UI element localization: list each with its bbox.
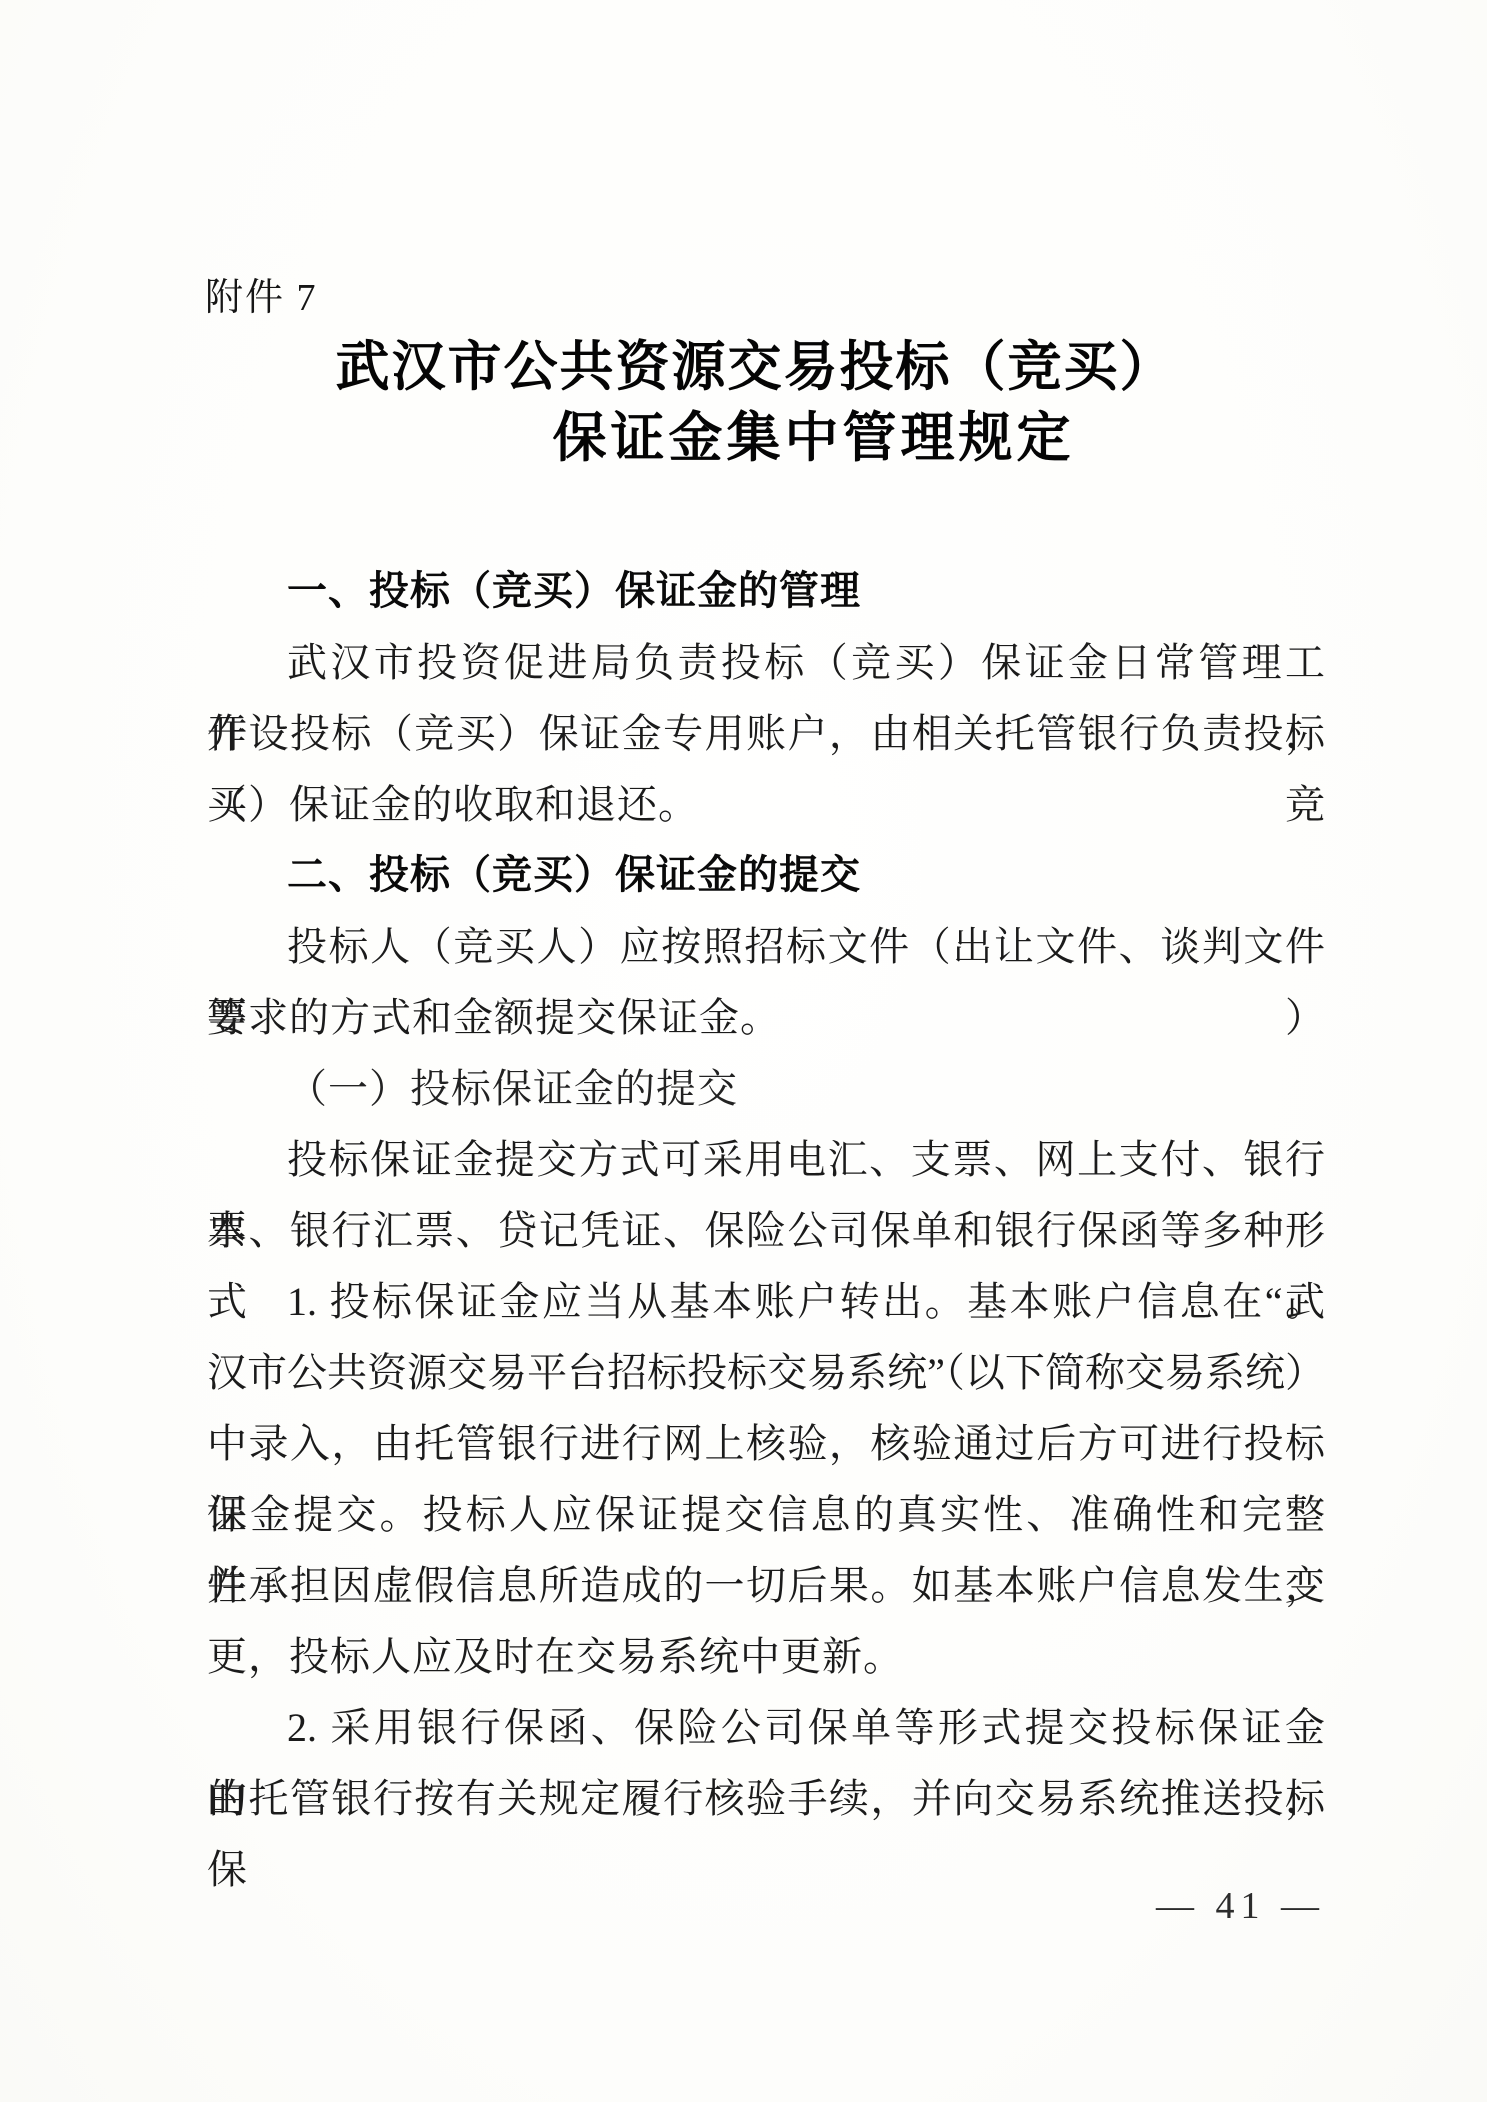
- paragraph-line: 投标人（竞买人）应按照招标文件（出让文件、谈判文件等）: [207, 911, 1325, 982]
- section-heading-2: 二、投标（竞买）保证金的提交: [207, 840, 1325, 911]
- scanned-document-page: 附件 7 武汉市公共资源交易投标（竞买） 保证金集中管理规定 一、投标（竞买）保…: [0, 0, 1487, 2102]
- paragraph-line: 武汉市投资促进局负责投标（竞买）保证金日常管理工作，: [207, 627, 1325, 698]
- paragraph-line: 更，投标人应及时在交易系统中更新。: [207, 1621, 1325, 1692]
- document-title-line-2: 保证金集中管理规定: [70, 403, 1487, 474]
- paragraph-line: 票、银行汇票、贷记凭证、保险公司保单和银行保函等多种形式。: [207, 1195, 1325, 1266]
- paragraph-line: 投标保证金提交方式可采用电汇、支票、网上支付、银行本: [207, 1124, 1325, 1195]
- paragraph-line: 证金提交。投标人应保证提交信息的真实性、准确性和完整性，: [207, 1479, 1325, 1550]
- paragraph-line: 中录入，由托管银行进行网上核验，核验通过后方可进行投标保: [207, 1408, 1325, 1479]
- page-number: — 41 —: [1156, 1884, 1325, 1928]
- attachment-label: 附件 7: [205, 276, 318, 320]
- document-title: 武汉市公共资源交易投标（竞买） 保证金集中管理规定: [0, 332, 1487, 474]
- paragraph-line: 并承担因虚假信息所造成的一切后果。如基本账户信息发生变: [207, 1550, 1325, 1621]
- paragraph-line: 汉市公共资源交易平台招标投标交易系统”（以下简称交易系统）: [207, 1337, 1325, 1408]
- document-body: 一、投标（竞买）保证金的管理 武汉市投资促进局负责投标（竞买）保证金日常管理工作…: [207, 556, 1325, 1834]
- section-heading-1: 一、投标（竞买）保证金的管理: [207, 556, 1325, 627]
- paragraph-line: 由托管银行按有关规定履行核验手续，并向交易系统推送投标保: [207, 1763, 1325, 1834]
- paragraph-line: 1. 投标保证金应当从基本账户转出。基本账户信息在“武: [207, 1266, 1325, 1337]
- document-title-line-1: 武汉市公共资源交易投标（竞买）: [12, 332, 1487, 403]
- paragraph-line: 开设投标（竞买）保证金专用账户，由相关托管银行负责投标（竞: [207, 698, 1325, 769]
- subsection-heading-1: （一）投标保证金的提交: [207, 1053, 1325, 1124]
- paragraph-line: 2. 采用银行保函、保险公司保单等形式提交投标保证金的，: [207, 1692, 1325, 1763]
